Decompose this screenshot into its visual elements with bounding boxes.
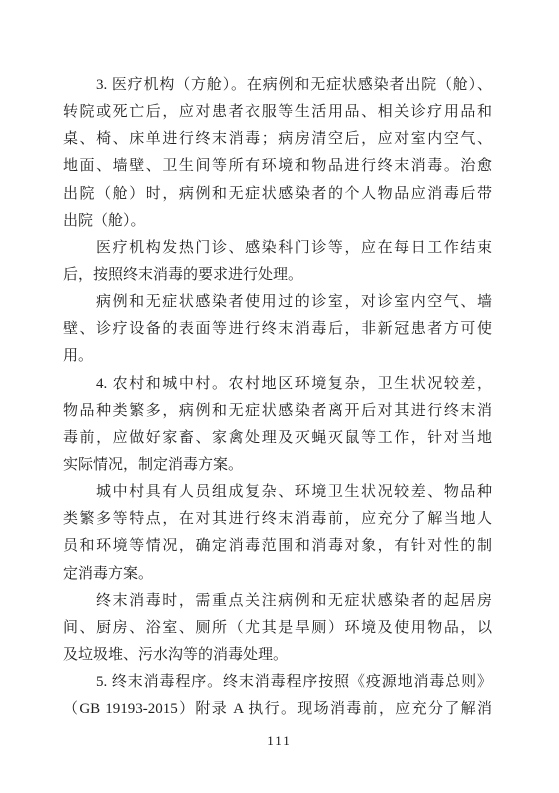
text-line: 地面、墙壁、卫生间等所有环境和物品进行终末消毒。治愈 <box>63 153 492 180</box>
text-line: 用。 <box>63 343 492 370</box>
text-line: 4. 农村和城中村。农村地区环境复杂，卫生状况较差， <box>63 371 492 398</box>
text-line: 壁、诊疗设备的表面等进行终末消毒后，非新冠患者方可使 <box>63 316 492 343</box>
text-line: 医疗机构发热门诊、感染科门诊等，应在每日工作结束 <box>63 235 492 262</box>
text-line: 出院（舱）。 <box>63 208 492 235</box>
text-line: 毒前，应做好家畜、家禽处理及灭蝇灭鼠等工作，针对当地 <box>63 425 492 452</box>
text-line: 3. 医疗机构（方舱）。在病例和无症状感染者出院（舱）、 <box>63 72 492 99</box>
text-line: 类繁多等特点，在对其进行终末消毒前，应充分了解当地人 <box>63 506 492 533</box>
text-line: 桌、椅、床单进行终末消毒；病房清空后，应对室内空气、 <box>63 126 492 153</box>
document-body: 3. 医疗机构（方舱）。在病例和无症状感染者出院（舱）、转院或死亡后，应对患者衣… <box>63 72 492 723</box>
text-line: 物品种类繁多，病例和无症状感染者离开后对其进行终末消 <box>63 398 492 425</box>
text-line: 转院或死亡后，应对患者衣服等生活用品、相关诊疗用品和 <box>63 99 492 126</box>
text-line: 终末消毒时，需重点关注病例和无症状感染者的起居房 <box>63 588 492 615</box>
text-line: 及垃圾堆、污水沟等的消毒处理。 <box>63 642 492 669</box>
text-line: 实际情况，制定消毒方案。 <box>63 452 492 479</box>
text-line: 出院（舱）时，病例和无症状感染者的个人物品应消毒后带 <box>63 181 492 208</box>
text-line: 城中村具有人员组成复杂、环境卫生状况较差、物品种 <box>63 479 492 506</box>
page-number: 111 <box>0 733 559 749</box>
text-line: 间、厨房、浴室、厕所（尤其是旱厕）环境及使用物品，以 <box>63 615 492 642</box>
text-line: （GB 19193-2015）附录 A 执行。现场消毒前，应充分了解消 <box>63 696 492 723</box>
text-line: 5. 终末消毒程序。终末消毒程序按照《疫源地消毒总则》 <box>63 669 492 696</box>
text-line: 员和环境等情况，确定消毒范围和消毒对象，有针对性的制 <box>63 533 492 560</box>
text-line: 定消毒方案。 <box>63 561 492 588</box>
text-line: 后，按照终末消毒的要求进行处理。 <box>63 262 492 289</box>
document-page: 3. 医疗机构（方舱）。在病例和无症状感染者出院（舱）、转院或死亡后，应对患者衣… <box>0 0 559 793</box>
text-line: 病例和无症状感染者使用过的诊室，对诊室内空气、墙 <box>63 289 492 316</box>
